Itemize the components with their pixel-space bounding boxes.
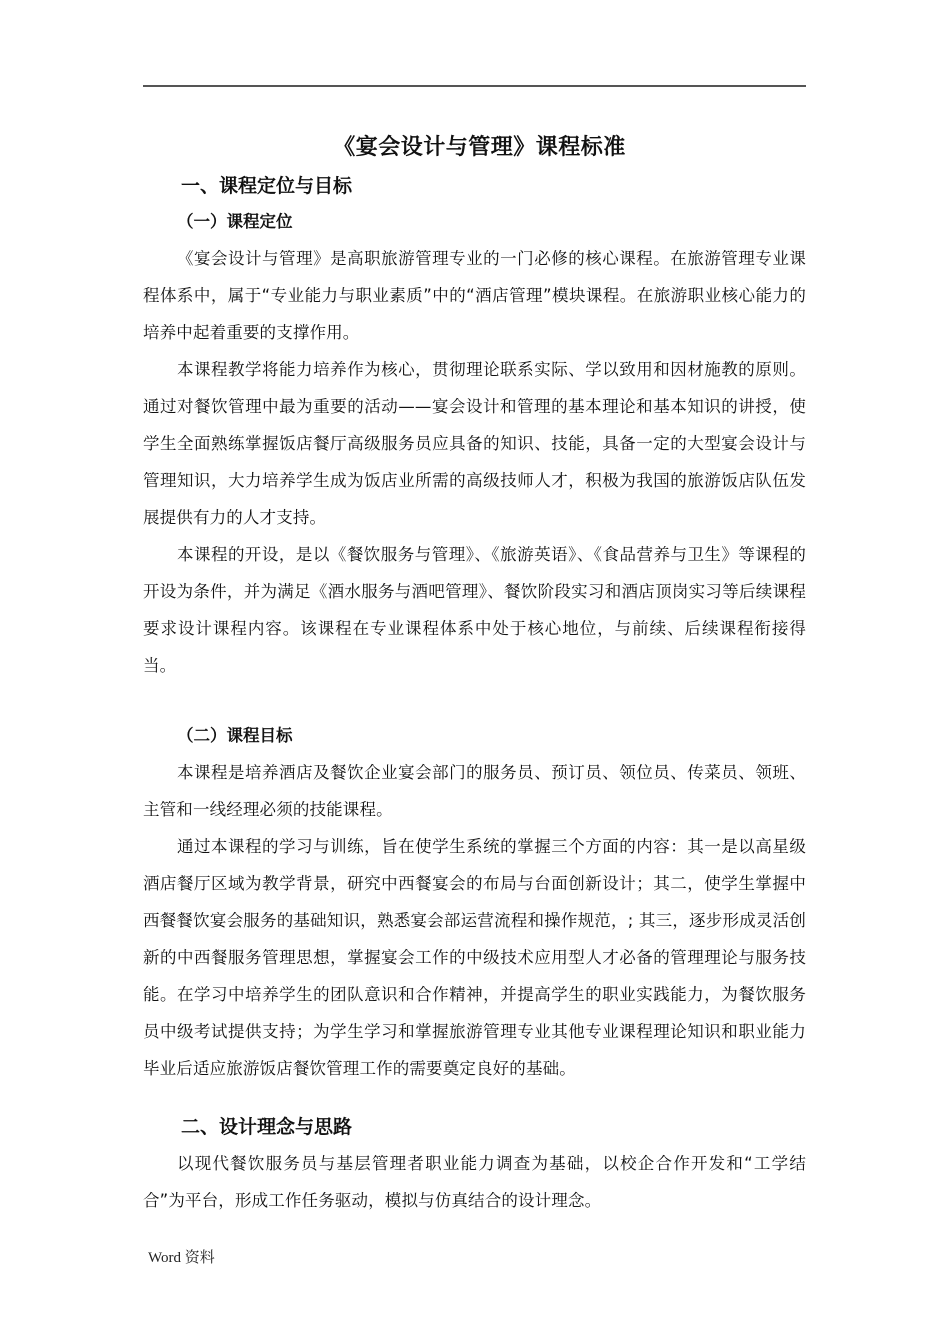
section-heading-1: 一、课程定位与目标 [143, 168, 806, 204]
paragraph: 以现代餐饮服务员与基层管理者职业能力调查为基础，以校企合作开发和“工学结合”为平… [143, 1145, 806, 1219]
document-title: 《宴会设计与管理》课程标准 [143, 128, 806, 168]
document-body: 《宴会设计与管理》课程标准 一、课程定位与目标 （一）课程定位 《宴会设计与管理… [143, 128, 806, 1219]
section-heading-2: 二、设计理念与思路 [143, 1109, 806, 1145]
page-footer: Word 资料 [148, 1246, 215, 1267]
subsection-heading-1-1: （一）课程定位 [143, 204, 806, 240]
spacer [143, 1087, 806, 1109]
subsection-heading-1-2: （二）课程目标 [143, 718, 806, 754]
paragraph: 通过本课程的学习与训练，旨在使学生系统的掌握三个方面的内容：其一是以高星级酒店餐… [143, 828, 806, 1087]
document-page: 《宴会设计与管理》课程标准 一、课程定位与目标 （一）课程定位 《宴会设计与管理… [0, 0, 950, 1344]
paragraph: 本课程教学将能力培养作为核心，贯彻理论联系实际、学以致用和因材施教的原则。通过对… [143, 351, 806, 536]
spacer [143, 684, 806, 718]
header-rule [143, 85, 806, 87]
paragraph: 《宴会设计与管理》是高职旅游管理专业的一门必修的核心课程。在旅游管理专业课程体系… [143, 240, 806, 351]
paragraph: 本课程是培养酒店及餐饮企业宴会部门的服务员、预订员、领位员、传菜员、领班、主管和… [143, 754, 806, 828]
paragraph: 本课程的开设，是以《餐饮服务与管理》、《旅游英语》、《食品营养与卫生》等课程的开… [143, 536, 806, 684]
